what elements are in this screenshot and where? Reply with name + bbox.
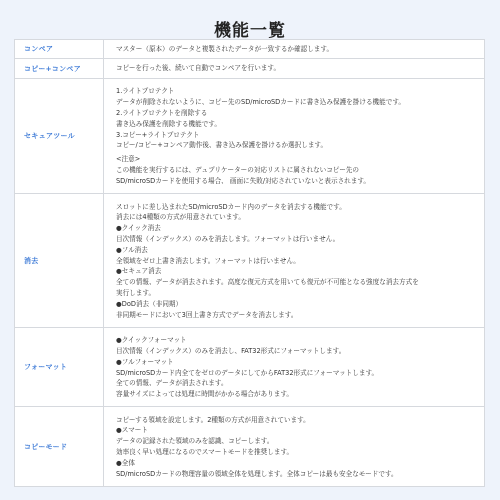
description-line: 容量サイズによっては処理に時間がかかる場合があります。 <box>116 389 476 400</box>
description-line: ●クイック消去 <box>116 223 476 234</box>
description-line: 全領域をゼロ上書き消去します。フォーマットは行いません。 <box>116 256 476 267</box>
table-row-copy-compare: コピー+コンペア コピーを行った後、続いて自動でコンペアを行います。 <box>15 59 485 79</box>
description-line: コピーする領域を設定します。2種類の方式が用意されています。 <box>116 415 476 426</box>
feature-label: コピーモード <box>15 407 104 487</box>
feature-label: コンペア <box>15 40 104 59</box>
feature-label: セキュアツール <box>15 79 104 194</box>
description-line: ●フル消去 <box>116 245 476 256</box>
description-line: ●セキュア消去 <box>116 266 476 277</box>
feature-table: コンペア マスター（原本）のデータと複製されたデータが一致するか確認します。 コ… <box>14 39 485 487</box>
description-line: データが削除されないように、コピー先のSD/microSDカードに書き込み保護を… <box>116 97 476 108</box>
note-heading: <注意> <box>116 154 476 165</box>
description-line: ●全体 <box>116 458 476 469</box>
feature-description: 1.ライトプロテクト データが削除されないように、コピー先のSD/microSD… <box>104 79 485 194</box>
feature-label: フォーマット <box>15 328 104 407</box>
description-line: ●DoD消去（非同期） <box>116 299 476 310</box>
table-row-secure-tool: セキュアツール 1.ライトプロテクト データが削除されないように、コピー先のSD… <box>15 79 485 194</box>
description-line: 目次情報（インデックス）のみを消去します。フォーマットは行いません。 <box>116 234 476 245</box>
description-line: 効率良く早い処理になるのでスマートモードを推奨します。 <box>116 447 476 458</box>
feature-description: コピーする領域を設定します。2種類の方式が用意されています。 ●スマート データ… <box>104 407 485 487</box>
description-line: 消去には4種類の方式が用意されています。 <box>116 212 476 223</box>
description-line: 実行します。 <box>116 288 476 299</box>
description-line: 書き込み保護を削除する機能です。 <box>116 119 476 130</box>
description-line: ●フルフォーマット <box>116 357 476 368</box>
table-row-erase: 消去 スロットに差し込まれたSD/microSDカード内のデータを消去する機能で… <box>15 194 485 328</box>
description-line: データの記録された領域のみを認識、コピーします。 <box>116 436 476 447</box>
table-row-format: フォーマット ●クイックフォーマット 目次情報（インデックス）のみを消去し、FA… <box>15 328 485 407</box>
description-line: 全ての情報、データが消去されます。高度な復元方式を用いても復元が不可能となる強度… <box>116 277 476 288</box>
description-line: コピーを行った後、続いて自動でコンペアを行います。 <box>116 63 476 74</box>
table-row-compare: コンペア マスター（原本）のデータと複製されたデータが一致するか確認します。 <box>15 40 485 59</box>
description-line: ●クイックフォーマット <box>116 335 476 346</box>
description-line: ●スマート <box>116 425 476 436</box>
note-line: SD/microSDカードを使用する場合、 画面に失敗/対応されていないと表示さ… <box>116 176 476 187</box>
table-row-copy-mode: コピーモード コピーする領域を設定します。2種類の方式が用意されています。 ●ス… <box>15 407 485 487</box>
feature-description: マスター（原本）のデータと複製されたデータが一致するか確認します。 <box>104 40 485 59</box>
description-line: 非同期モードにおいて3回上書き方式でデータを消去します。 <box>116 310 476 321</box>
feature-label: コピー+コンペア <box>15 59 104 79</box>
description-line: 1.ライトプロテクト <box>116 86 476 97</box>
description-line: SD/microSDカード内全てをゼロのデータにしてからFAT32形式にフォーマ… <box>116 368 476 379</box>
note-line: この機能を実行するには、デュプリケーターの対応リストに属されないコピー先の <box>116 165 476 176</box>
description-line: SD/microSDカードの物理容量の領域全体を処理します。全体コピーは最も安全… <box>116 469 476 480</box>
feature-description: コピーを行った後、続いて自動でコンペアを行います。 <box>104 59 485 79</box>
description-line: スロットに差し込まれたSD/microSDカード内のデータを消去する機能です。 <box>116 202 476 213</box>
feature-label: 消去 <box>15 194 104 328</box>
description-line: 2.ライトプロテクトを削除する <box>116 108 476 119</box>
description-line: 全ての情報、データが消去されます。 <box>116 378 476 389</box>
description-line: コピー/コピー+コンペア動作後、書き込み保護を掛けるか選択します。 <box>116 140 476 151</box>
feature-description: ●クイックフォーマット 目次情報（インデックス）のみを消去し、FAT32形式にフ… <box>104 328 485 407</box>
feature-description: スロットに差し込まれたSD/microSDカード内のデータを消去する機能です。 … <box>104 194 485 328</box>
description-line: 3.コピー+ライトプロテクト <box>116 130 476 141</box>
description-line: マスター（原本）のデータと複製されたデータが一致するか確認します。 <box>116 44 476 55</box>
description-line: 目次情報（インデックス）のみを消去し、FAT32形式にフォーマットします。 <box>116 346 476 357</box>
